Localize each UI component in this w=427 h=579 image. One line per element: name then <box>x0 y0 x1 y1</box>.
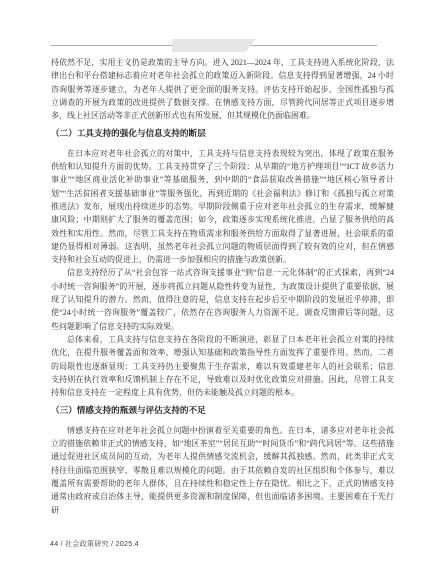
page-footer: 44 / 社会政策研究 / 2025.4 <box>50 539 139 549</box>
paragraph: 总体来看，工具支持与信息支持在各阶段的不断演进，彰显了日本老年社会孤立对策的持续… <box>51 333 394 399</box>
page-body: 持依然不足，实用主义仍是政策的主导方向。进入 2021—2024 年，工具支持进… <box>51 56 394 517</box>
paragraph-continuation: 持依然不足，实用主义仍是政策的主导方向。进入 2021—2024 年，工具支持进… <box>51 56 394 122</box>
paragraph: 信息支持经历了从“社会包容一站式咨询支援事业”到“信息一元化体制”的正式探索，再… <box>51 266 394 332</box>
section-heading-2: （二）工具支持的强化与信息支持的断层 <box>51 127 394 140</box>
document-page: 持依然不足，实用主义仍是政策的主导方向。进入 2021—2024 年，工具支持进… <box>0 0 427 579</box>
paragraph: 在日本应对老年社会孤立的对策中，工具支持与信息支持表现较为突出，体现了政策在服务… <box>51 147 394 267</box>
header-tab-ornament <box>172 39 256 52</box>
paragraph: 情感支持在应对老年社会孤立问题中扮演着至关重要的角色。在日本，诸多应对老年社会孤… <box>51 424 394 517</box>
section-heading-3: （三）情感支持的瓶颈与评估支持的不足 <box>51 404 394 417</box>
